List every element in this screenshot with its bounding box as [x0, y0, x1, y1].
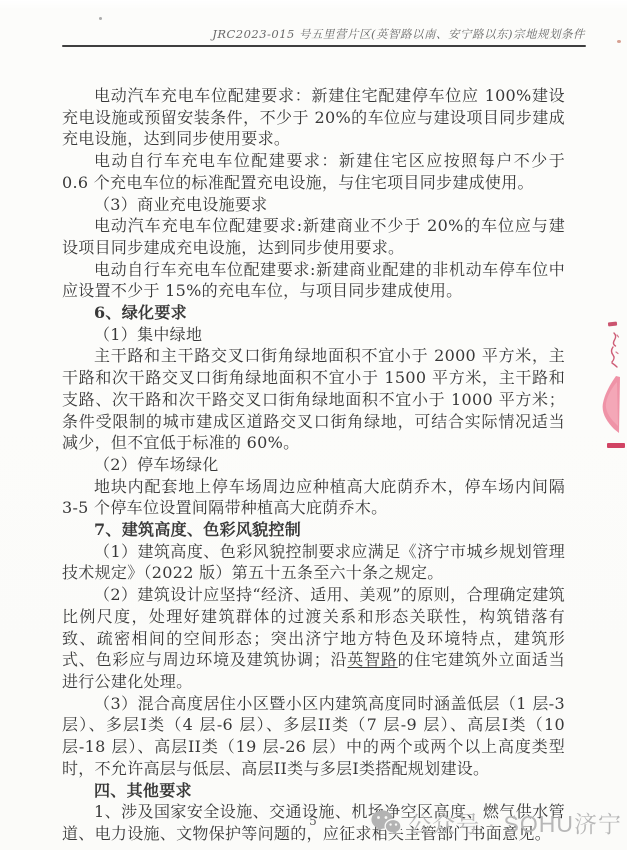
paragraph: （3）商业充电设施要求: [62, 194, 565, 216]
paragraph: 主干路和主干路交叉口街角绿地面积不宜小于 2000 平方米，主干路和次干路交叉口…: [62, 345, 565, 454]
paragraph: 电动汽车充电车位配建要求：新建住宅配建停车位应 100%建设充电设施或预留安装条…: [62, 85, 565, 150]
stamp-fragment-bar: [607, 443, 625, 448]
paragraph: （3）混合高度居住小区暨小区内建筑高度同时涵盖低层（1 层-3 层）、多层I类（…: [62, 693, 565, 780]
paragraph: 电动汽车充电车位配建要求:新建商业不少于 20%的车位应与建设项目同步建成充电设…: [62, 215, 565, 258]
scan-red-speck: [617, 40, 621, 43]
paragraph: （2）停车场绿化: [62, 454, 565, 476]
page-header-title: JRC2023-015 号五里营片区(英智路以南、安宁路以东)宗地规划条件: [0, 26, 585, 42]
stamp-fragment-dash: [608, 322, 617, 326]
wechat-icon: [371, 809, 401, 836]
section-heading: 四、其他要求: [62, 780, 565, 802]
stamp-fragment-scribble: [605, 332, 620, 369]
document-page: JRC2023-015 号五里营片区(英智路以南、安宁路以东)宗地规划条件 电动…: [0, 0, 627, 850]
watermark: 公众号 · SOHU济宁: [371, 806, 622, 839]
paragraph: （1）集中绿地: [62, 324, 565, 346]
document-body: 电动汽车充电车位配建要求：新建住宅配建停车位应 100%建设充电设施或预留安装条…: [62, 85, 565, 845]
paragraph: 电动自行车充电车位配建要求：新建住宅区应按照每户不少于 0.6 个充电车位的标准…: [62, 150, 565, 193]
header-rule: [62, 45, 586, 47]
paragraph: （1）建筑高度、色彩风貌控制要求应满足《济宁市城乡规划管理技术规定》（2022 …: [62, 541, 565, 584]
underlined-road-name: 英智路: [347, 650, 397, 669]
stamp-fragment-blob: [599, 376, 622, 434]
watermark-text: 公众号 · SOHU济宁: [408, 806, 622, 839]
section-heading: 7、建筑高度、色彩风貌控制: [62, 519, 565, 541]
paragraph: 电动自行车充电车位配建要求:新建商业配建的非机动车停车位中应设置不少于 15%的…: [62, 259, 565, 302]
section-heading: 6、绿化要求: [62, 302, 565, 324]
paragraph: （2）建筑设计应坚持“经济、适用、美观”的原则，合理确定建筑比例尺度，处理好建筑…: [62, 584, 565, 693]
scan-speck: [99, 17, 102, 20]
paragraph: 地块内配套地上停车场周边应种植高大庇荫乔木，停车场内间隔 3-5 个停车位设置间…: [62, 476, 565, 519]
